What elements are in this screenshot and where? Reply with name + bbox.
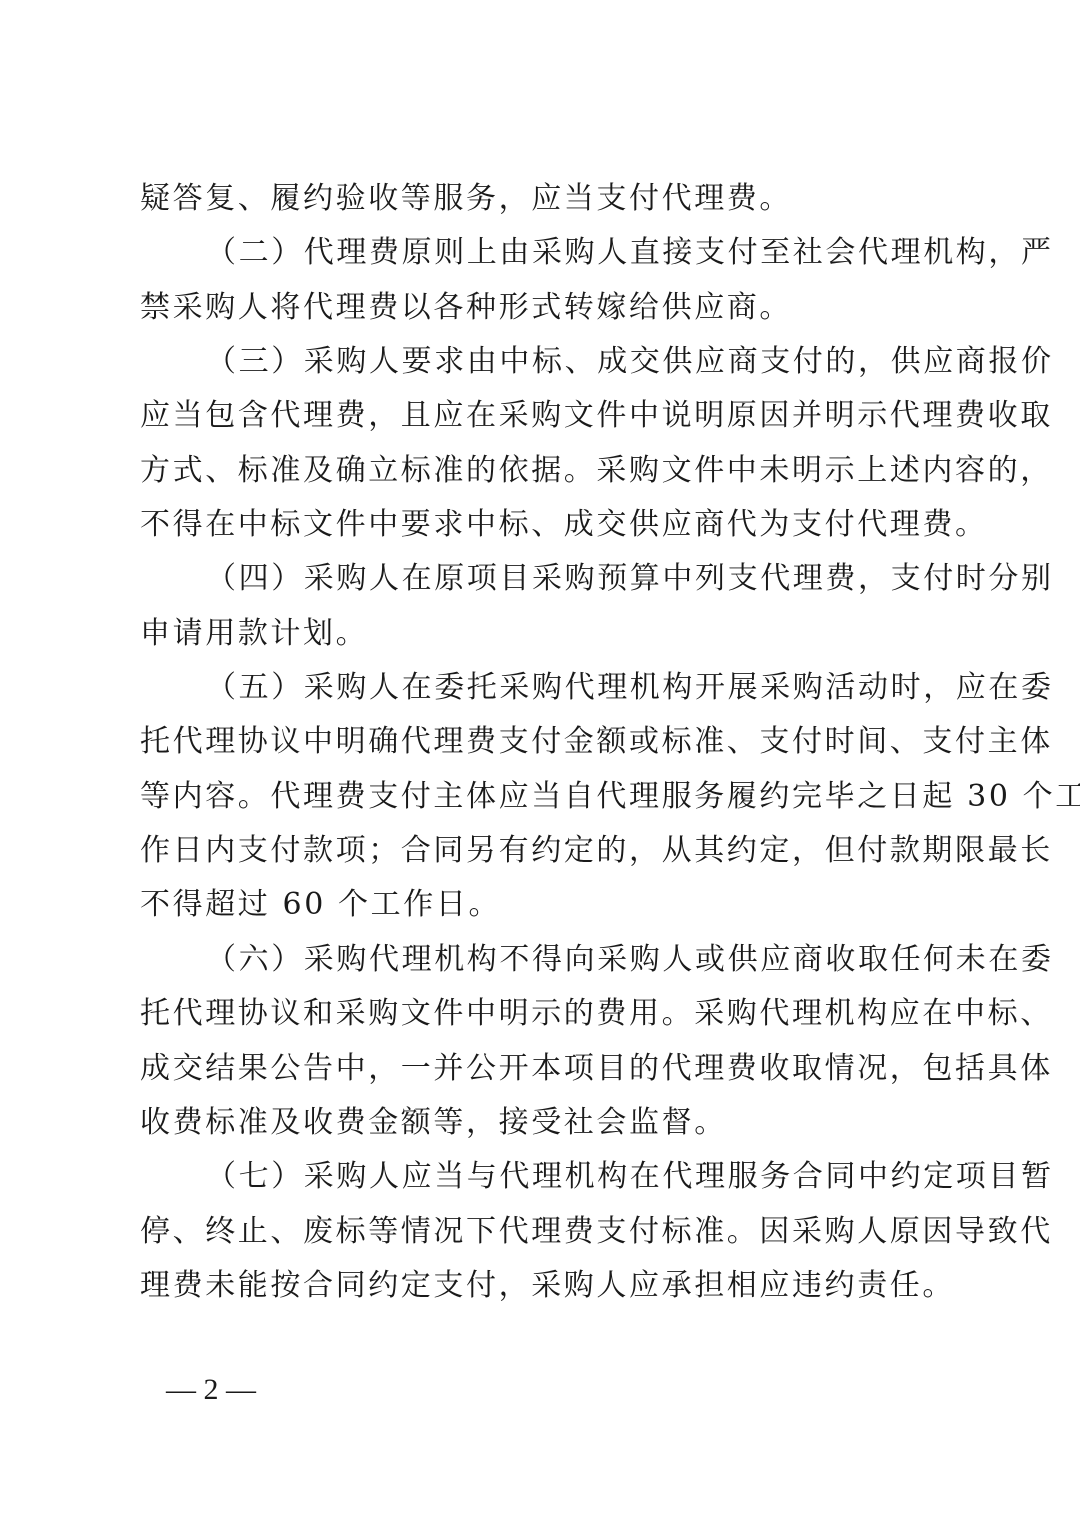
text-line: 不得在中标文件中要求中标、成交供应商代为支付代理费。 [140,498,938,552]
text-line: 理费未能按合同约定支付，采购人应承担相应违约责任。 [140,1259,938,1313]
text-line: 申请用款计划。 [140,607,938,661]
text-line: 疑答复、履约验收等服务，应当支付代理费。 [140,172,938,226]
text-line: （五）采购人在委托采购代理机构开展采购活动时，应在委 [140,661,938,715]
text-line: （四）采购人在原项目采购预算中列支代理费，支付时分别 [140,552,938,606]
text-line: 托代理协议中明确代理费支付金额或标准、支付时间、支付主体 [140,715,938,769]
text-line: （七）采购人应当与代理机构在代理服务合同中约定项目暂 [140,1150,938,1204]
text-line: 应当包含代理费，且应在采购文件中说明原因并明示代理费收取 [140,389,938,443]
text-line: （二）代理费原则上由采购人直接支付至社会代理机构，严 [140,226,938,280]
document-body: 疑答复、履约验收等服务，应当支付代理费。 （二）代理费原则上由采购人直接支付至社… [140,172,940,1313]
paragraph-6: （六）采购代理机构不得向采购人或供应商收取任何未在委 托代理协议和采购文件中明示… [140,933,940,1150]
page-number: — 2 — [166,1372,256,1408]
text-line: 托代理协议和采购文件中明示的费用。采购代理机构应在中标、 [140,987,938,1041]
text-line: 方式、标准及确立标准的依据。采购文件中未明示上述内容的， [140,444,938,498]
paragraph-2: （二）代理费原则上由采购人直接支付至社会代理机构，严 禁采购人将代理费以各种形式… [140,226,940,335]
paragraph-7: （七）采购人应当与代理机构在代理服务合同中约定项目暂 停、终止、废标等情况下代理… [140,1150,940,1313]
text-line: 停、终止、废标等情况下代理费支付标准。因采购人原因导致代 [140,1205,938,1259]
text-line: （六）采购代理机构不得向采购人或供应商收取任何未在委 [140,933,938,987]
document-page: 疑答复、履约验收等服务，应当支付代理费。 （二）代理费原则上由采购人直接支付至社… [0,0,1080,1527]
text-line: 禁采购人将代理费以各种形式转嫁给供应商。 [140,281,938,335]
text-line: 不得超过 60 个工作日。 [140,878,938,932]
text-line: 收费标准及收费金额等，接受社会监督。 [140,1096,938,1150]
text-line: 作日内支付款项；合同另有约定的，从其约定，但付款期限最长 [140,824,938,878]
paragraph-5: （五）采购人在委托采购代理机构开展采购活动时，应在委 托代理协议中明确代理费支付… [140,661,940,933]
text-line: （三）采购人要求由中标、成交供应商支付的，供应商报价 [140,335,938,389]
text-line: 等内容。代理费支付主体应当自代理服务履约完毕之日起 30 个工 [140,770,938,824]
paragraph-continuation: 疑答复、履约验收等服务，应当支付代理费。 [140,172,940,226]
paragraph-4: （四）采购人在原项目采购预算中列支代理费，支付时分别 申请用款计划。 [140,552,940,661]
text-line: 成交结果公告中，一并公开本项目的代理费收取情况，包括具体 [140,1042,938,1096]
paragraph-3: （三）采购人要求由中标、成交供应商支付的，供应商报价 应当包含代理费，且应在采购… [140,335,940,552]
